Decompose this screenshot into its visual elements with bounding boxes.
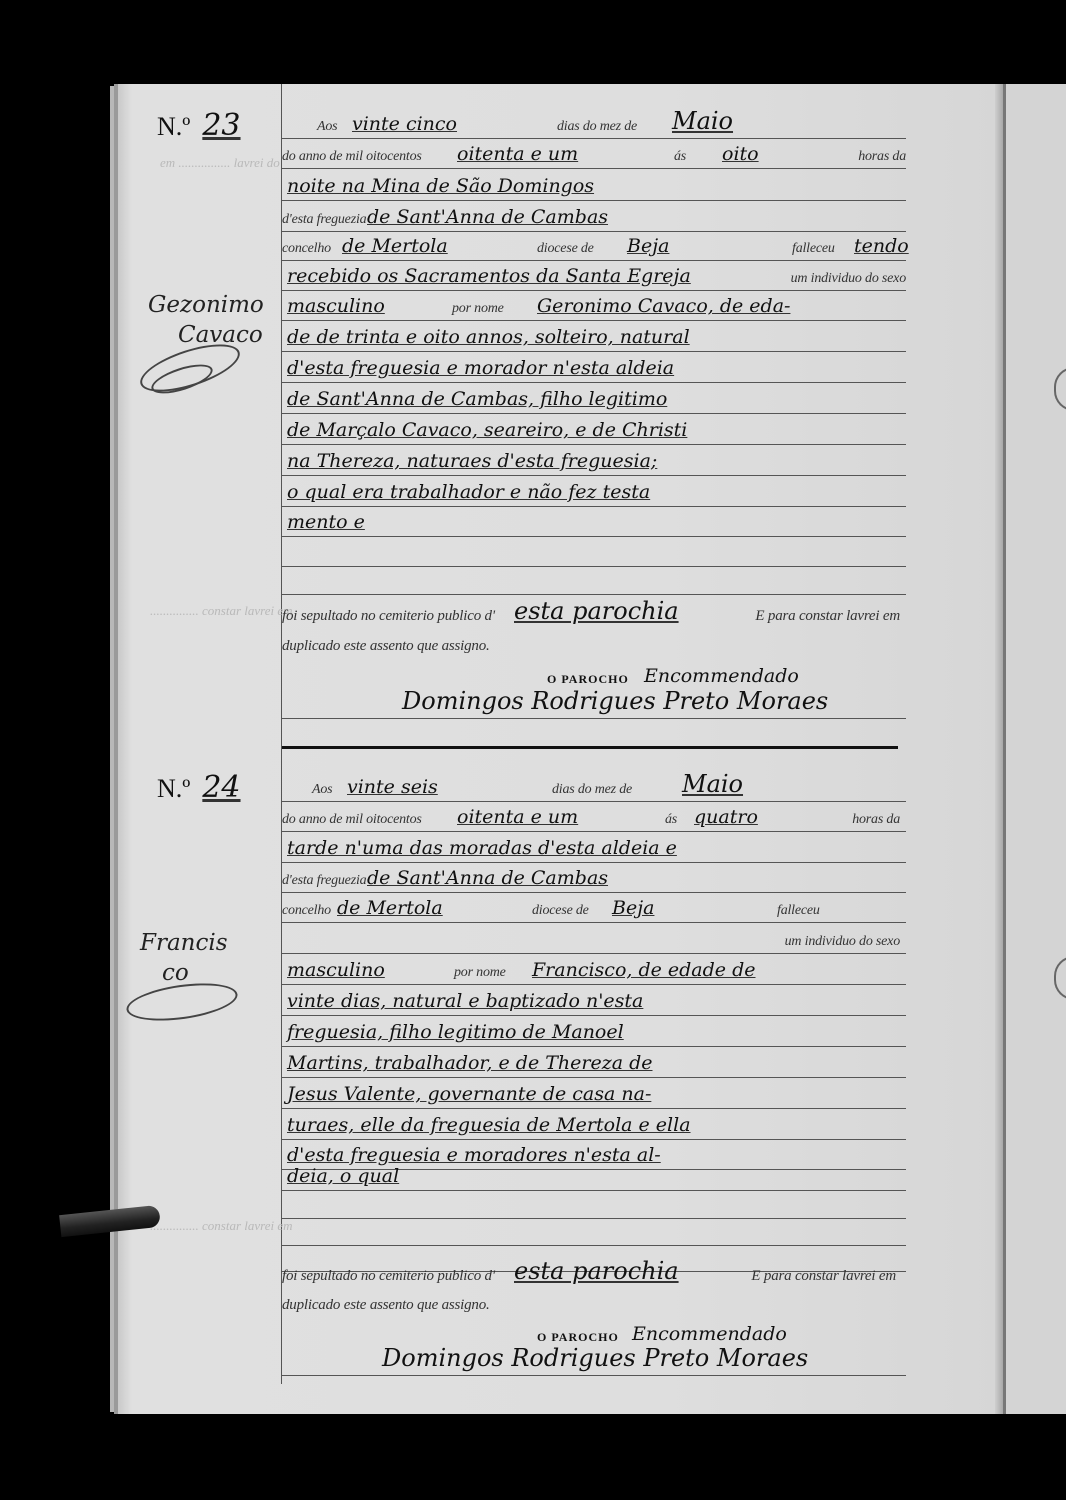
burial-place-value: esta parochia <box>514 597 679 625</box>
entry23-signature-line: Domingos Rodrigues Preto Moraes <box>282 690 906 719</box>
burial-place-value: esta parochia <box>514 1257 679 1285</box>
diocese-value: Beja <box>627 235 669 257</box>
entry-separator <box>282 746 898 749</box>
number-prefix: N.º <box>157 112 190 141</box>
entry24-date-line: Aos vinte seis dias do mez de Maio <box>282 773 906 802</box>
label-parocho: O PAROCHO <box>537 1330 619 1345</box>
body-line: deia, o qual <box>282 1162 906 1191</box>
handwritten-text: na Thereza, naturaes d'esta freguesia; <box>287 450 657 472</box>
parocho-title: Encommendado <box>644 665 799 687</box>
margin-deceased-name: Gezonimo Cavaco <box>148 290 264 350</box>
entry-number-value: 23 <box>202 108 240 143</box>
label-individuo: um individuo do sexo <box>785 934 900 950</box>
handwritten-text: o qual era trabalhador e não fez testa <box>287 481 650 503</box>
concelho-value: de Mertola <box>342 235 448 257</box>
hour-value: oito <box>722 143 759 165</box>
label-sepultado: foi sepultado no cemiterio publico d' <box>282 608 495 625</box>
label-anno: do anno de mil oitocentos <box>282 149 422 165</box>
entry23-place-line: noite na Mina de São Domingos <box>282 172 906 201</box>
body-line: de de trinta e oito annos, solteiro, nat… <box>282 323 906 352</box>
blank-line <box>282 1190 906 1219</box>
entry24-place-line: tarde n'uma das moradas d'esta aldeia e <box>282 834 906 863</box>
body-line: freguesia, filho legitimo de Manoel <box>282 1018 906 1047</box>
label-por-nome: por nome <box>452 301 504 317</box>
bleed-through: em ................ lavrei do <box>160 155 280 171</box>
label-as: ás <box>674 149 686 165</box>
label-aos: Aos <box>317 119 337 135</box>
sex-value: masculino <box>287 295 385 317</box>
body-line: mento e <box>282 508 906 537</box>
body-line: de Sant'Anna de Cambas, filho legitimo <box>282 385 906 414</box>
body-line: Martins, trabalhador, e de Thereza de <box>282 1049 906 1078</box>
label-duplicado: duplicado este assento que assigno. <box>282 638 490 655</box>
entry24-name-line: masculino por nome Francisco, de edade d… <box>282 956 906 985</box>
label-falleceu: falleceu <box>792 241 835 257</box>
month-value: Maio <box>682 770 743 798</box>
entry-number: N.º24 <box>157 770 241 805</box>
label-concelho: concelho <box>282 903 331 919</box>
blank-line <box>282 538 906 567</box>
year-value: oitenta e um <box>457 806 578 828</box>
bracket-mark <box>1054 367 1066 411</box>
body-line: d'esta freguesia e morador n'esta aldeia <box>282 354 906 383</box>
bleed-through: ............... constar lavrei em <box>150 1218 293 1234</box>
concelho-value: de Mertola <box>337 897 443 919</box>
parish-value: de Sant'Anna de Cambas <box>367 206 608 228</box>
margin-deceased-name: Francis co <box>140 928 228 988</box>
label-freguezia: d'esta freguezia <box>282 212 366 228</box>
label-anno: do anno de mil oitocentos <box>282 812 422 828</box>
label-individuo: um individuo do sexo <box>791 271 906 287</box>
bracket-mark <box>1054 956 1066 1000</box>
entry23-sacraments-line: recebido os Sacramentos da Santa Egreja … <box>282 262 906 291</box>
label-sepultado: foi sepultado no cemiterio publico d' <box>282 1268 495 1285</box>
entry24-parish-line: d'esta freguezia de Sant'Anna de Cambas <box>282 864 906 893</box>
margin-name-line: Francis <box>140 928 228 958</box>
handwritten-text: Jesus Valente, governante de casa na- <box>287 1083 651 1105</box>
label-horas: horas da <box>858 149 906 165</box>
entry-number: N.º23 <box>157 108 241 143</box>
day-value: vinte cinco <box>352 113 457 135</box>
hour-value: quatro <box>694 806 758 828</box>
entry23-concelho-line: concelho de Mertola diocese de Beja fall… <box>282 232 906 261</box>
blank-line <box>282 566 906 595</box>
name-value: Francisco, de edade de <box>532 959 756 981</box>
label-duplicado: duplicado este assento que assigno. <box>282 1297 490 1314</box>
label-falleceu: falleceu <box>777 903 820 919</box>
handwritten-text: mento e <box>287 511 365 533</box>
priest-signature: Domingos Rodrigues Preto Moraes <box>382 1344 808 1372</box>
month-value: Maio <box>672 107 733 135</box>
handwritten-text: de de trinta e oito annos, solteiro, nat… <box>287 326 690 348</box>
year-value: oitenta e um <box>457 143 578 165</box>
margin-name-line: Gezonimo <box>148 290 264 320</box>
handwritten-text: noite na Mina de São Domingos <box>287 175 594 197</box>
label-as: ás <box>665 812 677 828</box>
handwritten-text: de Marçalo Cavaco, seareiro, e de Christ… <box>287 419 687 441</box>
blank-line <box>282 1217 906 1246</box>
day-value: vinte seis <box>347 776 438 798</box>
label-concelho: concelho <box>282 241 331 257</box>
entry24-concelho-line: concelho de Mertola diocese de Beja fall… <box>282 894 906 923</box>
body-line: o qual era trabalhador e não fez testa <box>282 478 906 507</box>
parocho-title: Encommendado <box>632 1323 787 1345</box>
entry23-year-line: do anno de mil oitocentos oitenta e um á… <box>282 140 906 169</box>
entry24-individuo-line: um individuo do sexo <box>282 925 906 954</box>
label-parocho: O PAROCHO <box>547 672 629 687</box>
body-line: na Thereza, naturaes d'esta freguesia; <box>282 447 906 476</box>
entry24-duplicado-line: duplicado este assento que assigno. <box>282 1289 906 1317</box>
handwritten-text: de Sant'Anna de Cambas, filho legitimo <box>287 388 667 410</box>
label-mez: dias do mez de <box>552 782 632 798</box>
handwritten-text: d'esta freguesia e morador n'esta aldeia <box>287 357 674 379</box>
body-line: Jesus Valente, governante de casa na- <box>282 1080 906 1109</box>
entry23-date-line: Aos vinte cinco dias do mez de Maio <box>282 110 906 139</box>
entry-number-value: 24 <box>202 770 240 805</box>
label-diocese: diocese de <box>532 903 589 919</box>
bleed-through: ............... constar lavrei em <box>150 603 293 619</box>
number-prefix: N.º <box>157 774 190 803</box>
facing-page-edge <box>1003 84 1066 1414</box>
label-mez: dias do mez de <box>557 119 637 135</box>
label-freguezia: d'esta freguezia <box>282 873 366 889</box>
entry23-name-line: masculino por nome Geronimo Cavaco, de e… <box>282 292 906 321</box>
label-aos: Aos <box>312 782 332 798</box>
label-para-constar: E para constar lavrei em <box>751 1268 896 1285</box>
handwritten-text: vinte dias, natural e baptizado n'esta <box>287 990 643 1012</box>
body-line: vinte dias, natural e baptizado n'esta <box>282 987 906 1016</box>
label-diocese: diocese de <box>537 241 594 257</box>
book-spine <box>995 84 1003 1414</box>
entry24-year-line: do anno de mil oitocentos oitenta e um á… <box>282 803 906 832</box>
sex-value: masculino <box>287 959 385 981</box>
handwritten-text: Martins, trabalhador, e de Thereza de <box>287 1052 653 1074</box>
entry23-burial-line: foi sepultado no cemiterio publico d' es… <box>282 600 906 628</box>
parish-value: de Sant'Anna de Cambas <box>367 867 608 889</box>
handwritten-text: deia, o qual <box>287 1165 399 1187</box>
label-para-constar: E para constar lavrei em <box>755 608 900 625</box>
entry23-parish-line: d'esta freguezia de Sant'Anna de Cambas <box>282 203 906 232</box>
entry23-parocho-line: O PAROCHO Encommendado <box>282 662 906 690</box>
name-value: Geronimo Cavaco, de eda- <box>537 295 790 317</box>
handwritten-text: freguesia, filho legitimo de Manoel <box>287 1021 624 1043</box>
diocese-value: Beja <box>612 897 654 919</box>
handwritten-text: tarde n'uma das moradas d'esta aldeia e <box>287 837 677 859</box>
handwritten-text: tendo <box>854 235 909 257</box>
label-por-nome: por nome <box>454 965 506 981</box>
body-line: de Marçalo Cavaco, seareiro, e de Christ… <box>282 416 906 445</box>
priest-signature: Domingos Rodrigues Preto Moraes <box>402 687 828 715</box>
entry24-signature-line: Domingos Rodrigues Preto Moraes <box>282 1347 906 1376</box>
handwritten-text: recebido os Sacramentos da Santa Egreja <box>287 265 691 287</box>
entry23-duplicado-line: duplicado este assento que assigno. <box>282 630 906 658</box>
entry24-burial-line: foi sepultado no cemiterio publico d' es… <box>282 1260 906 1288</box>
label-horas: horas da <box>852 812 900 828</box>
